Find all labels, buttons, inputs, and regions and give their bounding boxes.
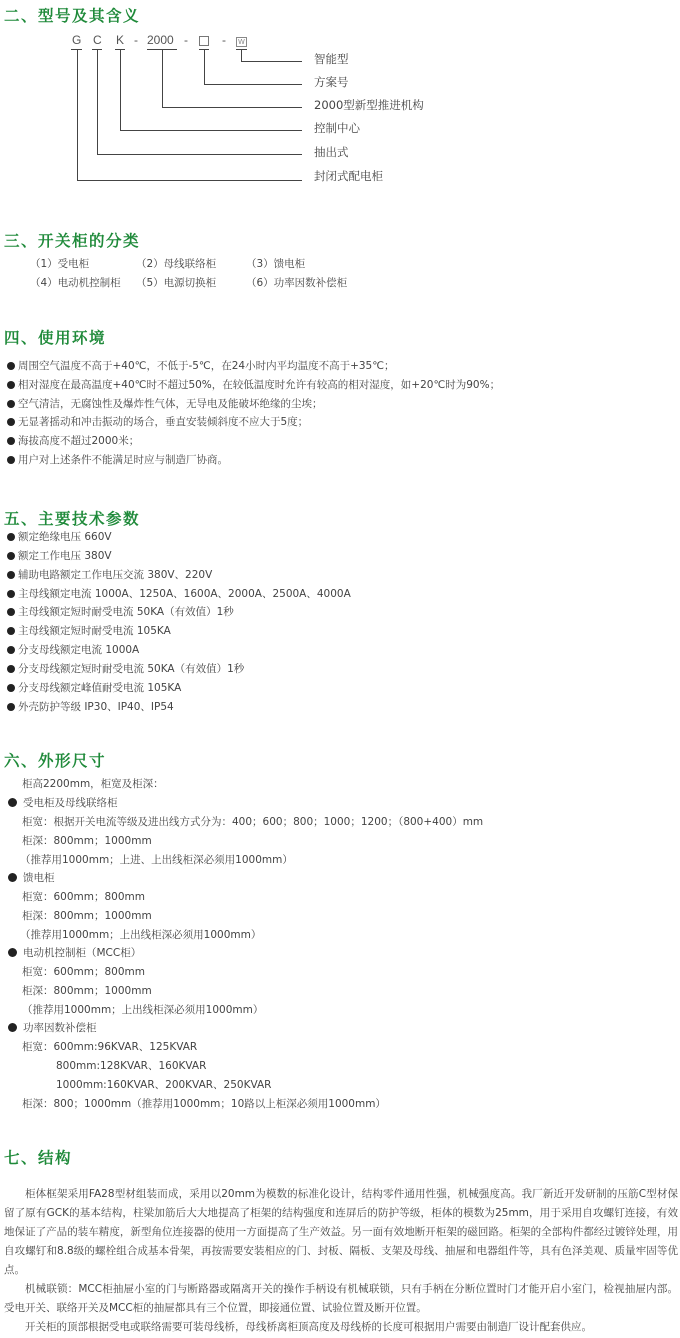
list-item: 空气清洁，无腐蚀性及爆炸性气体，无导电及能破坏绝缘的尘埃；	[7, 397, 323, 411]
section-title-structure: 七、结构	[4, 1146, 72, 1168]
leader-box	[204, 84, 302, 85]
bullet-icon	[7, 381, 15, 389]
smart-w-icon: W	[236, 37, 247, 47]
section-title-classification: 三、开关柜的分类	[4, 229, 140, 251]
bullet-icon	[7, 608, 15, 616]
dimension-group-title: 电动机控制柜（MCC柜）	[8, 946, 141, 960]
scheme-box-icon	[199, 36, 209, 46]
group-name: 馈电柜	[23, 872, 55, 884]
list-item-text: 主母线额定短时耐受电流 50KA（有效值）1秒	[18, 606, 234, 618]
dimension-line: 柜宽：600mm；800mm	[22, 965, 145, 979]
connector-2000	[162, 49, 163, 107]
list-item-text: 辅助电路额定工作电压交流 380V、220V	[18, 569, 212, 581]
bullet-icon	[7, 684, 15, 692]
bullet-icon	[7, 362, 15, 370]
bullet-icon	[7, 665, 15, 673]
leader-g	[77, 180, 302, 181]
connector-w	[241, 49, 242, 61]
leader-k	[120, 130, 302, 131]
list-item: 主母线额定短时耐受电流 105KA	[7, 624, 171, 638]
meaning-enclosed: 封闭式配电柜	[314, 168, 383, 184]
meaning-withdrawable: 抽出式	[314, 144, 349, 160]
connector-k	[120, 49, 121, 130]
class-item: （2）母线联络柜	[136, 257, 216, 271]
list-item-text: 主母线额定短时耐受电流 105KA	[18, 625, 171, 637]
bullet-icon	[8, 873, 17, 882]
list-item-text: 分支母线额定电流 1000A	[18, 644, 139, 656]
meaning-smart: 智能型	[314, 51, 349, 67]
dimension-line: 柜宽：600mm；800mm	[22, 890, 145, 904]
class-item: （5）电源切换柜	[136, 276, 216, 290]
list-item-text: 额定工作电压 380V	[18, 550, 112, 562]
dimension-line: 柜深：800mm；1000mm	[22, 909, 152, 923]
bullet-icon	[7, 418, 15, 426]
class-item: （4）电动机控制柜	[30, 276, 121, 290]
code-dash-2: -	[184, 33, 188, 47]
bullet-icon	[7, 703, 15, 711]
list-item-text: 分支母线额定峰值耐受电流 105KA	[18, 682, 181, 694]
structure-paragraph: 柜体框架采用FA28型材组装而成，采用以20mm为模数的标准化设计，结构零件通用…	[4, 1185, 678, 1280]
class-item: （3）馈电柜	[246, 257, 305, 271]
bullet-icon	[7, 533, 15, 541]
list-item: 分支母线额定短时耐受电流 50KA（有效值）1秒	[7, 662, 244, 676]
meaning-2000: 2000型新型推进机构	[314, 97, 424, 113]
list-item-text: 空气清洁，无腐蚀性及爆炸性气体，无导电及能破坏绝缘的尘埃；	[18, 398, 323, 410]
bullet-icon	[8, 1023, 17, 1032]
list-item: 分支母线额定电流 1000A	[7, 643, 139, 657]
bullet-icon	[7, 552, 15, 560]
class-item: （1）受电柜	[30, 257, 89, 271]
dimension-group-title: 功率因数补偿柜	[8, 1021, 97, 1035]
group-name: 功率因数补偿柜	[23, 1022, 97, 1034]
leader-w	[241, 61, 302, 62]
code-g: G	[72, 33, 81, 47]
dimension-line: 柜深：800mm；1000mm	[22, 834, 152, 848]
group-name: 电动机控制柜（MCC柜）	[23, 947, 141, 959]
list-item-text: 主母线额定电流 1000A、1250A、1600A、2000A、2500A、40…	[18, 588, 351, 600]
code-dash-1: -	[134, 33, 138, 47]
structure-paragraph: 机械联锁：MCC柜抽屉小室的门与断路器或隔离开关的操作手柄设有机械联锁，只有手柄…	[4, 1280, 678, 1318]
bullet-icon	[7, 571, 15, 579]
leader-c	[97, 154, 302, 155]
bullet-icon	[8, 798, 17, 807]
list-item-text: 额定绝缘电压 660V	[18, 531, 112, 543]
leader-2000	[162, 107, 302, 108]
dimension-line: 柜深：800；1000mm（推荐用1000mm；10路以上柜深必须用1000mm…	[22, 1097, 386, 1111]
list-item-text: 无显著摇动和冲击振动的场合，垂直安装倾斜度不应大于5度；	[18, 416, 308, 428]
list-item: 额定绝缘电压 660V	[7, 530, 112, 544]
dimension-group-title: 馈电柜	[8, 871, 55, 885]
dimension-line: 柜宽：600mm:96KVAR、125KVAR	[22, 1040, 197, 1054]
list-item-text: 海拔高度不超过2000米；	[18, 435, 139, 447]
list-item: 相对湿度在最高温度+40℃时不超过50%，在较低温度时允许有较高的相对湿度，如+…	[7, 378, 500, 392]
list-item: 辅助电路额定工作电压交流 380V、220V	[7, 568, 212, 582]
list-item: 海拔高度不超过2000米；	[7, 434, 139, 448]
section-title-technical: 五、主要技术参数	[4, 507, 140, 529]
list-item-text: 周围空气温度不高于+40℃，不低于-5℃，在24小时内平均温度不高于+35℃；	[18, 360, 395, 372]
list-item: 主母线额定短时耐受电流 50KA（有效值）1秒	[7, 605, 234, 619]
list-item-text: 用户对上述条件不能满足时应与制造厂协商。	[18, 454, 228, 466]
code-k: K	[116, 33, 124, 47]
dimension-line: （推荐用1000mm；上出线柜深必须用1000mm）	[22, 1003, 263, 1017]
list-item-text: 分支母线额定短时耐受电流 50KA（有效值）1秒	[18, 663, 244, 675]
list-item-text: 外壳防护等级 IP30、IP40、IP54	[18, 701, 174, 713]
list-item: 用户对上述条件不能满足时应与制造厂协商。	[7, 453, 228, 467]
list-item: 无显著摇动和冲击振动的场合，垂直安装倾斜度不应大于5度；	[7, 415, 308, 429]
bullet-icon	[8, 948, 17, 957]
meaning-scheme: 方案号	[314, 74, 349, 90]
connector-box	[204, 49, 205, 84]
code-c: C	[93, 33, 102, 47]
code-2000: 2000	[147, 33, 174, 47]
list-item: 外壳防护等级 IP30、IP40、IP54	[7, 700, 174, 714]
list-item: 额定工作电压 380V	[7, 549, 112, 563]
bullet-icon	[7, 437, 15, 445]
list-item: 主母线额定电流 1000A、1250A、1600A、2000A、2500A、40…	[7, 587, 351, 601]
bullet-icon	[7, 627, 15, 635]
section-title-model: 二、型号及其含义	[4, 4, 140, 26]
connector-g	[77, 49, 78, 180]
list-item-text: 相对湿度在最高温度+40℃时不超过50%，在较低温度时允许有较高的相对湿度，如+…	[18, 379, 500, 391]
dimensions-intro: 柜高2200mm，柜宽及柜深：	[22, 777, 164, 791]
bullet-icon	[7, 646, 15, 654]
dimension-group-title: 受电柜及母线联络柜	[8, 796, 118, 810]
section-title-dimensions: 六、外形尺寸	[4, 749, 106, 771]
list-item: 周围空气温度不高于+40℃，不低于-5℃，在24小时内平均温度不高于+35℃；	[7, 359, 395, 373]
bullet-icon	[7, 400, 15, 408]
structure-paragraph: 开关柜的顶部根据受电或联络需要可装母线桥，母线桥离柜顶高度及母线桥的长度可根据用…	[4, 1318, 678, 1337]
list-item: 分支母线额定峰值耐受电流 105KA	[7, 681, 181, 695]
connector-c	[97, 49, 98, 154]
dimension-line: 柜深：800mm；1000mm	[22, 984, 152, 998]
dimension-line: 1000mm:160KVAR、200KVAR、250KVAR	[56, 1078, 271, 1092]
dimension-line: （推荐用1000mm；上进、上出线柜深必须用1000mm）	[20, 853, 293, 867]
dimension-line: 柜宽：根据开关电流等级及进出线方式分为：400；600；800；1000；120…	[22, 815, 483, 829]
dimension-line: （推荐用1000mm；上出线柜深必须用1000mm）	[20, 928, 261, 942]
group-name: 受电柜及母线联络柜	[23, 797, 118, 809]
section-title-environment: 四、使用环境	[4, 326, 106, 348]
bullet-icon	[7, 456, 15, 464]
meaning-control: 控制中心	[314, 120, 360, 136]
class-item: （6）功率因数补偿柜	[246, 276, 347, 290]
bullet-icon	[7, 590, 15, 598]
code-dash-3: -	[222, 33, 226, 47]
dimension-line: 800mm:128KVAR、160KVAR	[56, 1059, 206, 1073]
